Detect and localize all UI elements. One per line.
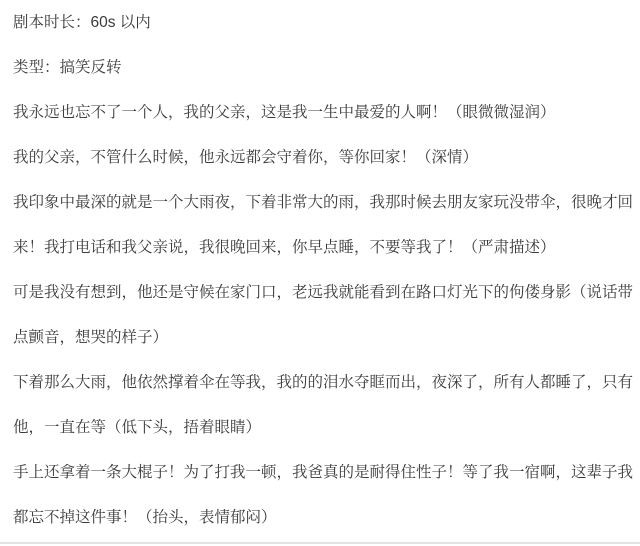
paragraph-tears: 下着那么大雨，他依然撑着伞在等我，我的的泪水夺眶而出，夜深了，所有人都睡了，只有… xyxy=(13,360,633,450)
script-document: 剧本时长：60s 以内 类型：搞笑反转 我永远也忘不了一个人，我的父亲，这是我一… xyxy=(0,0,640,540)
script-line: 下着那么大雨，他依然撑着伞在等我，我的的泪水夺眶而出，夜深了，所有人都睡了，只有 xyxy=(13,360,633,405)
script-line: 我的父亲，不管什么时候，他永远都会守着你，等你回家！（深情） xyxy=(13,135,633,180)
script-line: 手上还拿着一条大棍子！为了打我一顿，我爸真的是耐得住性子！等了我一宿啊，这辈子我 xyxy=(13,450,633,495)
bottom-divider xyxy=(0,542,640,544)
script-line: 可是我没有想到，他还是守候在家门口，老远我就能看到在路口灯光下的佝偻身影（说话带 xyxy=(13,270,633,315)
paragraph-waiting-figure: 可是我没有想到，他还是守候在家门口，老远我就能看到在路口灯光下的佝偻身影（说话带… xyxy=(13,270,633,360)
script-line: 来！我打电话和我父亲说，我很晚回来，你早点睡，不要等我了！（严肃描述） xyxy=(13,225,633,270)
paragraph-father: 我的父亲，不管什么时候，他永远都会守着你，等你回家！（深情） xyxy=(13,135,633,180)
paragraph-duration: 剧本时长：60s 以内 xyxy=(13,0,633,45)
paragraph-rainy-night: 我印象中最深的就是一个大雨夜，下着非常大的雨，我那时候去朋友家玩没带伞，很晚才回… xyxy=(13,180,633,270)
script-line: 点颤音，想哭的样子） xyxy=(13,315,633,360)
paragraph-twist: 手上还拿着一条大棍子！为了打我一顿，我爸真的是耐得住性子！等了我一宿啊，这辈子我… xyxy=(13,450,633,540)
type-line: 类型：搞笑反转 xyxy=(13,45,633,90)
duration-line: 剧本时长：60s 以内 xyxy=(13,0,633,45)
script-line: 都忘不掉这件事！（抬头，表情郁闷） xyxy=(13,495,633,540)
script-line: 他，一直在等（低下头，捂着眼睛） xyxy=(13,405,633,450)
script-line: 我永远也忘不了一个人，我的父亲，这是我一生中最爱的人啊！（眼微微湿润） xyxy=(13,90,633,135)
script-line: 我印象中最深的就是一个大雨夜，下着非常大的雨，我那时候去朋友家玩没带伞，很晚才回 xyxy=(13,180,633,225)
paragraph-intro: 我永远也忘不了一个人，我的父亲，这是我一生中最爱的人啊！（眼微微湿润） xyxy=(13,90,633,135)
paragraph-type: 类型：搞笑反转 xyxy=(13,45,633,90)
